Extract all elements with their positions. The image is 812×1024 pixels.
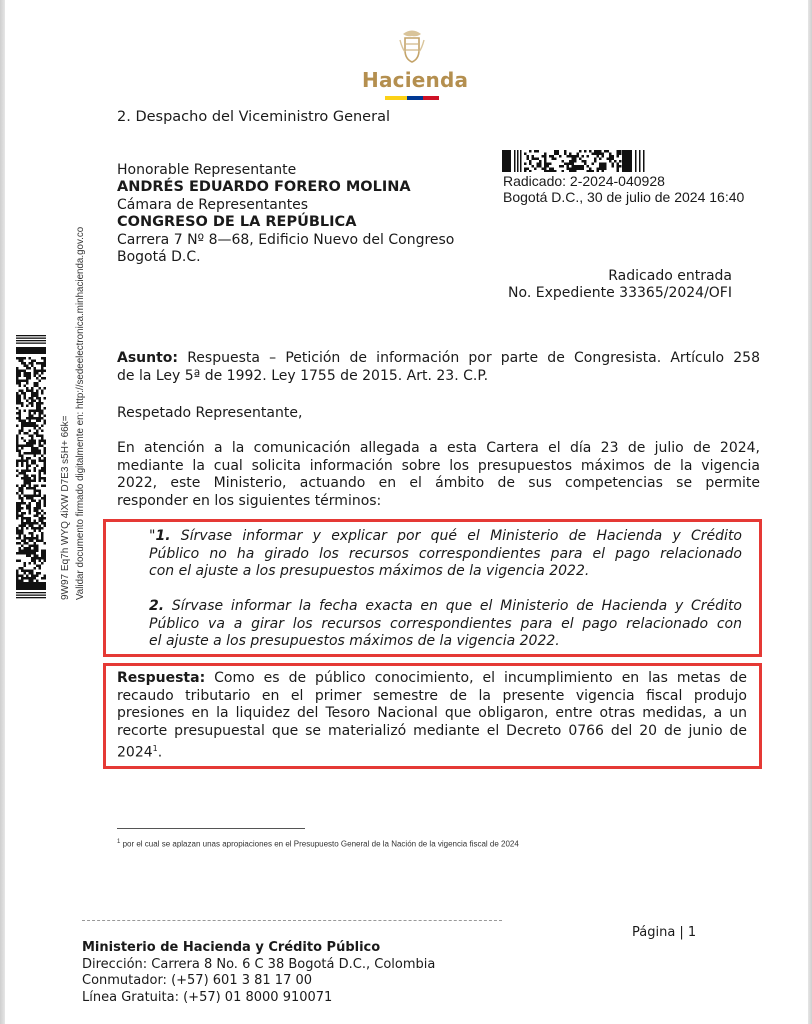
subject-label: Asunto: xyxy=(117,350,178,366)
greeting: Respetado Representante, xyxy=(117,405,302,422)
brand-name: Hacienda xyxy=(362,68,462,92)
signature-2d-barcode xyxy=(16,335,46,600)
radicado-entry-label: Radicado entrada xyxy=(608,268,732,285)
validation-url-text: Validar documento firmado digitalmente e… xyxy=(75,227,86,600)
coat-of-arms-icon xyxy=(397,28,427,64)
recipient-institution: CONGRESO DE LA REPÚBLICA xyxy=(117,214,356,231)
footer-toll-free: Línea Gratuita: (+57) 01 8000 910071 xyxy=(82,990,435,1007)
page-edge-left xyxy=(0,0,5,1024)
footer-separator xyxy=(82,920,502,921)
radicado-barcode xyxy=(502,150,670,172)
page-number: Página | 1 xyxy=(632,925,696,940)
radicado-date: Bogotá D.C., 30 de julio de 2024 16:40 xyxy=(503,189,744,205)
recipient-address: Carrera 7 Nº 8—68, Edificio Nuevo del Co… xyxy=(117,232,454,249)
recipient-title: Honorable Representante xyxy=(117,162,296,179)
office-name: 2. Despacho del Viceministro General xyxy=(117,109,390,126)
footnote-separator xyxy=(117,828,305,829)
subject: Asunto: Respuesta – Petición de informac… xyxy=(117,350,760,385)
recipient-name: ANDRÉS EDUARDO FORERO MOLINA xyxy=(117,179,411,196)
radicado-info: Radicado: 2-2024-040928 Bogotá D.C., 30 … xyxy=(503,173,744,205)
answer-paragraph: Respuesta: Como es de público conocimien… xyxy=(117,670,747,762)
hacienda-logo: Hacienda xyxy=(362,28,462,100)
recipient-chamber: Cámara de Representantes xyxy=(117,197,308,214)
footer-phone: Conmutador: (+57) 601 3 81 17 00 xyxy=(82,973,435,990)
expediente-number: No. Expediente 33365/2024/OFI xyxy=(508,285,732,302)
recipient-city: Bogotá D.C. xyxy=(117,249,201,266)
footnote: 1 por el cual se aplazan unas apropiacio… xyxy=(117,839,519,849)
intro-paragraph: En atención a la comunicación allegada a… xyxy=(117,440,760,510)
footer-ministry: Ministerio de Hacienda y Crédito Público xyxy=(82,940,435,957)
signature-code: 9W97 Eq7h WYQ 4iXW D7E3 s5H+ 66k= xyxy=(60,415,71,600)
question-2: 2. Sírvase informar la fecha exacta en q… xyxy=(149,598,742,651)
answer-label: Respuesta: xyxy=(117,670,205,686)
footer-address: Dirección: Carrera 8 No. 6 C 38 Bogotá D… xyxy=(82,957,435,974)
page-edge-right xyxy=(808,0,812,1024)
footer: Ministerio de Hacienda y Crédito Público… xyxy=(82,940,435,1006)
radicado-number: Radicado: 2-2024-040928 xyxy=(503,173,744,189)
colombia-flag-stripe xyxy=(385,96,439,100)
question-1-number: 1. xyxy=(155,528,170,544)
question-1: "1. Sírvase informar y explicar por qué … xyxy=(149,528,742,581)
question-2-number: 2. xyxy=(149,598,164,614)
